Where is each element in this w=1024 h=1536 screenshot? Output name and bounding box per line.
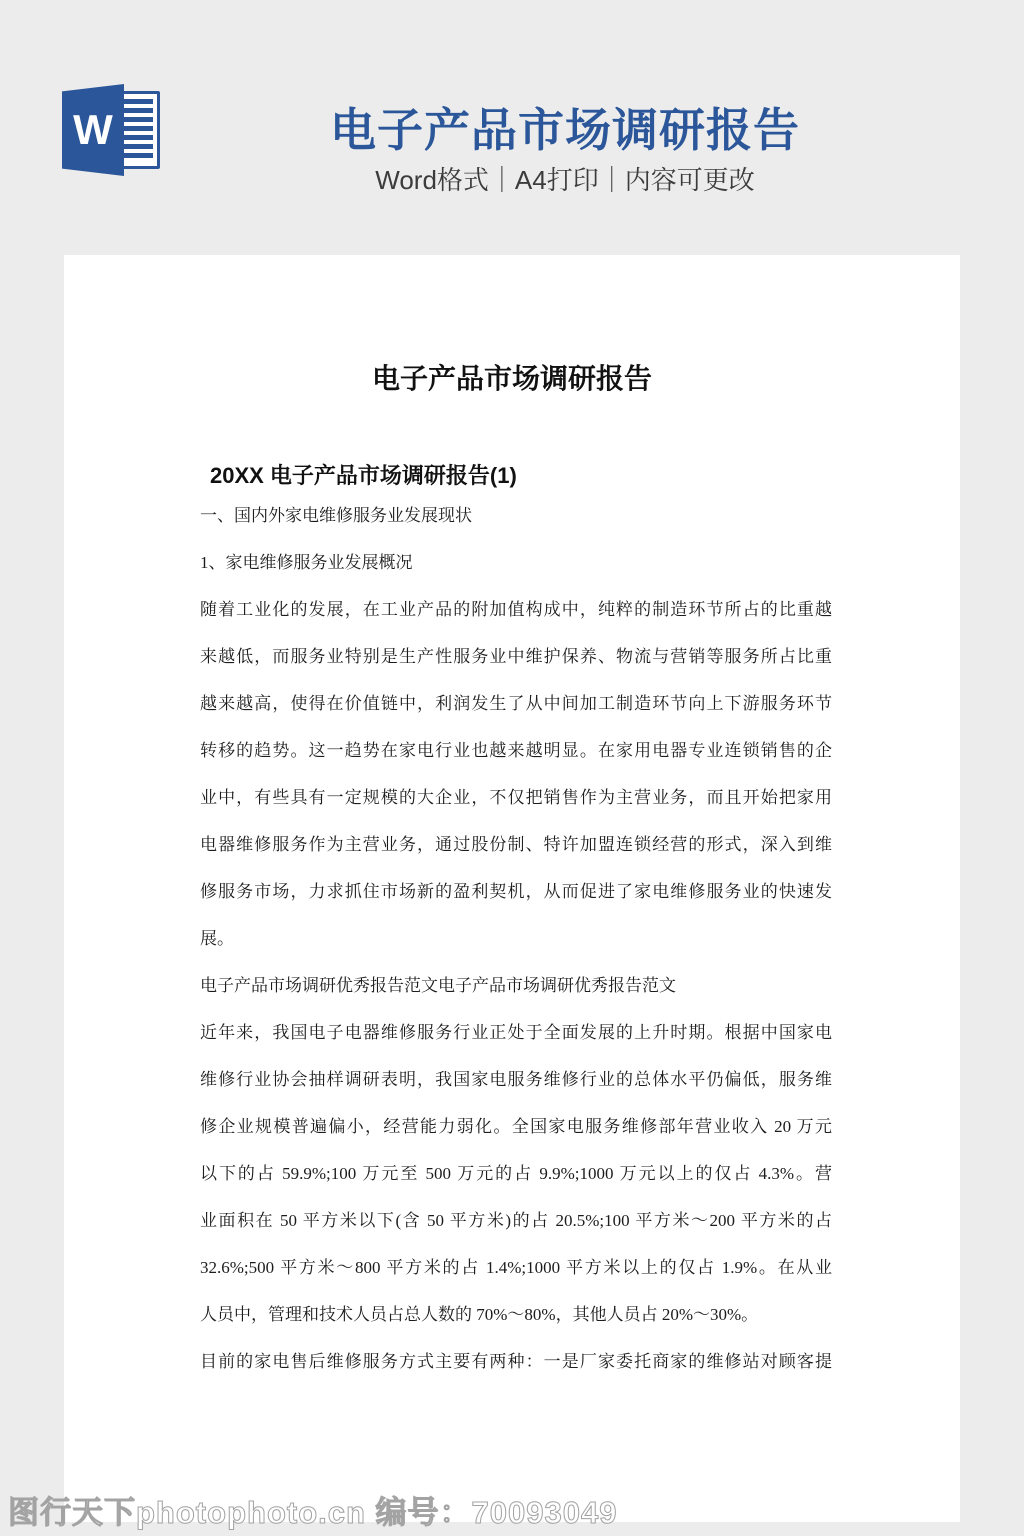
document-line: 维修行业协会抽样调研表明，我国家电服务维修行业的总体水平仍偏低，服务维 [200, 1056, 832, 1103]
document-line: 展。 [200, 915, 832, 962]
document-sheet: 电子产品市场调研报告 20XX 电子产品市场调研报告(1) 一、国内外家电维修服… [64, 255, 960, 1522]
document-line: 人员中，管理和技术人员占总人数的 70%～80%，其他人员占 20%～30%。 [200, 1291, 832, 1338]
page-canvas: W 电子产品市场调研报告 Word格式｜A4打印｜内容可更改 电子产品市场调研报… [0, 0, 1024, 1536]
watermark: 图行天下photophoto.cn 编号：70093049 [8, 1487, 617, 1532]
document-line: 32.6%;500 平方米～800 平方米的占 1.4%;1000 平方米以上的… [200, 1244, 832, 1291]
header: W 电子产品市场调研报告 Word格式｜A4打印｜内容可更改 [0, 0, 1024, 255]
document-heading: 20XX 电子产品市场调研报告(1) [210, 459, 517, 490]
document-line: 以下的占 59.9%;100 万元至 500 万元的占 9.9%;1000 万元… [200, 1150, 832, 1197]
document-line: 电器维修服务作为主营业务，通过股份制、特许加盟连锁经营的形式，深入到维 [200, 821, 832, 868]
document-line: 1、家电维修服务业发展概况 [200, 539, 832, 586]
document-line: 一、国内外家电维修服务业发展现状 [200, 492, 832, 539]
template-title: 电子产品市场调研报告 [106, 94, 1024, 160]
template-subtitle: Word格式｜A4打印｜内容可更改 [106, 160, 1024, 197]
document-line: 目前的家电售后维修服务方式主要有两种：一是厂家委托商家的维修站对顾客提 [200, 1338, 832, 1385]
document-title: 电子产品市场调研报告 [64, 357, 960, 397]
document-line: 近年来，我国电子电器维修服务行业正处于全面发展的上升时期。根据中国家电 [200, 1009, 832, 1056]
document-line: 越来越高，使得在价值链中，利润发生了从中间加工制造环节向上下游服务环节 [200, 680, 832, 727]
document-line: 转移的趋势。这一趋势在家电行业也越来越明显。在家用电器专业连锁销售的企 [200, 727, 832, 774]
document-line: 业面积在 50 平方米以下(含 50 平方米)的占 20.5%;100 平方米～… [200, 1197, 832, 1244]
document-line: 业中，有些具有一定规模的大企业，不仅把销售作为主营业务，而且开始把家用 [200, 774, 832, 821]
document-line: 来越低，而服务业特别是生产性服务业中维护保养、物流与营销等服务所占比重 [200, 633, 832, 680]
document-line: 修企业规模普遍偏小，经营能力弱化。全国家电服务维修部年营业收入 20 万元 [200, 1103, 832, 1150]
document-body: 一、国内外家电维修服务业发展现状1、家电维修服务业发展概况随着工业化的发展，在工… [200, 492, 832, 1385]
document-line: 修服务市场，力求抓住市场新的盈利契机，从而促进了家电维修服务业的快速发 [200, 868, 832, 915]
document-line: 电子产品市场调研优秀报告范文电子产品市场调研优秀报告范文 [200, 962, 832, 1009]
document-line: 随着工业化的发展，在工业产品的附加值构成中，纯粹的制造环节所占的比重越 [200, 586, 832, 633]
